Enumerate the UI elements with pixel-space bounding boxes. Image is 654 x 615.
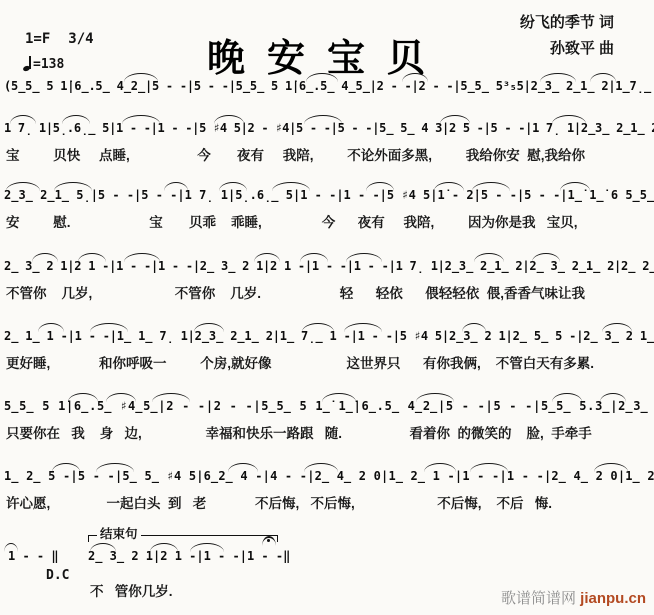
lyrics-line: 安 慰. 宝 贝乖 乖睡, 今 夜有 我陪, 因为你是我 宝贝, <box>6 211 578 231</box>
slur-arc <box>472 182 510 191</box>
slur-arc <box>106 393 136 402</box>
lyrics-line: 不管你 几岁, 不管你 几岁. 轻 轻依 偎轻轻依 偎,香香气味让我 <box>6 282 585 302</box>
slur-arc <box>344 323 382 332</box>
dc-marking: D.C <box>46 568 69 583</box>
slur-arc <box>602 323 632 332</box>
slur-arc <box>54 182 92 191</box>
lyrics-line: 只要你在 我 身 边, 幸福和快乐一路跟 随. 看着你 的微笑的 脸, 手牵手 <box>6 422 592 442</box>
slur-arc <box>38 323 64 332</box>
slur-arc <box>300 253 328 262</box>
slur-arc <box>462 323 486 332</box>
sheet-music-page: 晚安宝贝 1=F3/4 =138 纷飞的季节 词孙致平 曲 (5̲5̲ 5 1̇… <box>0 0 654 615</box>
slur-arc <box>434 182 464 191</box>
ending-bracket: 结束句 <box>88 535 278 542</box>
lyrics-line: 宝 贝快 点睡, 今 夜有 我陪, 不论外面多黑, 我给你安 慰,我给你 <box>6 144 585 164</box>
notation-line: 2̲3̲ 2̲1̲ 5̣|5 - -|5 - -|1 7̣ 1|5̣.6̣̲ 5… <box>4 187 652 204</box>
notation-pre-ending: 1 - - ‖ <box>8 548 59 565</box>
slur-arc <box>32 253 58 262</box>
lyrics-line: 不 管你几岁. <box>90 580 173 600</box>
lyrics-line: 许心愿, 一起白头 到 老 不后悔, 不后悔, 不后悔, 不后 悔. <box>6 492 552 512</box>
slur-arc <box>78 253 106 262</box>
notation-ending: 2̲ 3̲ 2 1|2 1 -|1 - -|1 - -‖ <box>88 548 290 565</box>
key-time-signature: 1=F3/4 <box>25 31 94 47</box>
slur-arc <box>304 463 338 472</box>
music-system-3: 2̲3̲ 2̲1̲ 5̣|5 - -|5 - -|1 7̣ 1|5̣.6̣̲ 5… <box>4 187 652 233</box>
lyrics-line: 更好睡, 和你呼吸一 个房,就好像 这世界只 有你我俩, 不管白天有多累. <box>6 352 594 372</box>
slur-arc <box>124 253 160 262</box>
composer-credit: 孙致平 曲 <box>550 40 614 57</box>
music-system-5: 2̲ 1̲ 1 -|1 - -|1̲ 1̲ 7̣ 1|2̲3̲ 2̲1̲ 2|1… <box>4 328 652 374</box>
lyricist-credit: 纷飞的季节 词 <box>520 14 614 31</box>
tempo-value: =138 <box>33 57 64 72</box>
slur-arc <box>152 393 190 402</box>
slur-arc <box>302 323 334 332</box>
slur-arc <box>474 253 504 262</box>
slur-arc <box>366 182 394 191</box>
slur-arc <box>532 253 560 262</box>
key-signature: 1=F <box>25 31 50 47</box>
slur-arc <box>560 182 590 191</box>
slur-arc <box>424 463 456 472</box>
slur-arc <box>68 393 98 402</box>
slur-arc <box>228 463 258 472</box>
ending-label: 结束句 <box>97 527 141 542</box>
slur-arc <box>416 393 454 402</box>
music-system-2: 1 7̣ 1|5̣.6̣̲ 5|1 - -|1 - -|5 ♯4 5|2 - ♯… <box>4 120 652 166</box>
slur-arc <box>470 463 508 472</box>
slur-arc <box>164 182 188 191</box>
watermark-site-url: jianpu.cn <box>580 590 646 607</box>
time-signature: 3/4 <box>68 31 93 47</box>
music-system-4: 2̲ 3̲ 2 1|2 1 -|1 - -|1 - -|2̲ 3̲ 2 1|2 … <box>4 258 652 304</box>
quarter-note-icon <box>23 55 33 71</box>
slur-arc <box>96 463 134 472</box>
slur-arc <box>219 182 247 191</box>
watermark-site-name: 歌谱简谱网 <box>501 590 576 607</box>
music-system-6: 5̲5̲ 5 1̇|6̲.5̲ ♯4̲5̲|2 - -|2 - -|5̲5̲ 5… <box>4 398 652 444</box>
watermark: 歌谱简谱网 jianpu.cn <box>501 587 646 608</box>
slur-arc <box>6 182 40 191</box>
slur-arc <box>272 182 310 191</box>
slur-arc <box>594 463 628 472</box>
credits: 纷飞的季节 词孙致平 曲 <box>520 10 614 62</box>
slur-arc <box>90 323 128 332</box>
slur-arc <box>52 463 80 472</box>
slur-arc <box>254 253 280 262</box>
music-system-7: 1̲ 2̲ 5 -|5 - -|5̲ 5̲ ♯4 5|6̲2̲ 4 -|4 - … <box>4 468 652 514</box>
slur-arc <box>600 393 626 402</box>
slur-arc <box>322 393 356 402</box>
slur-arc <box>194 323 224 332</box>
slur-arc <box>552 393 582 402</box>
slur-arc <box>346 253 382 262</box>
tempo-marking: =138 <box>23 55 64 72</box>
